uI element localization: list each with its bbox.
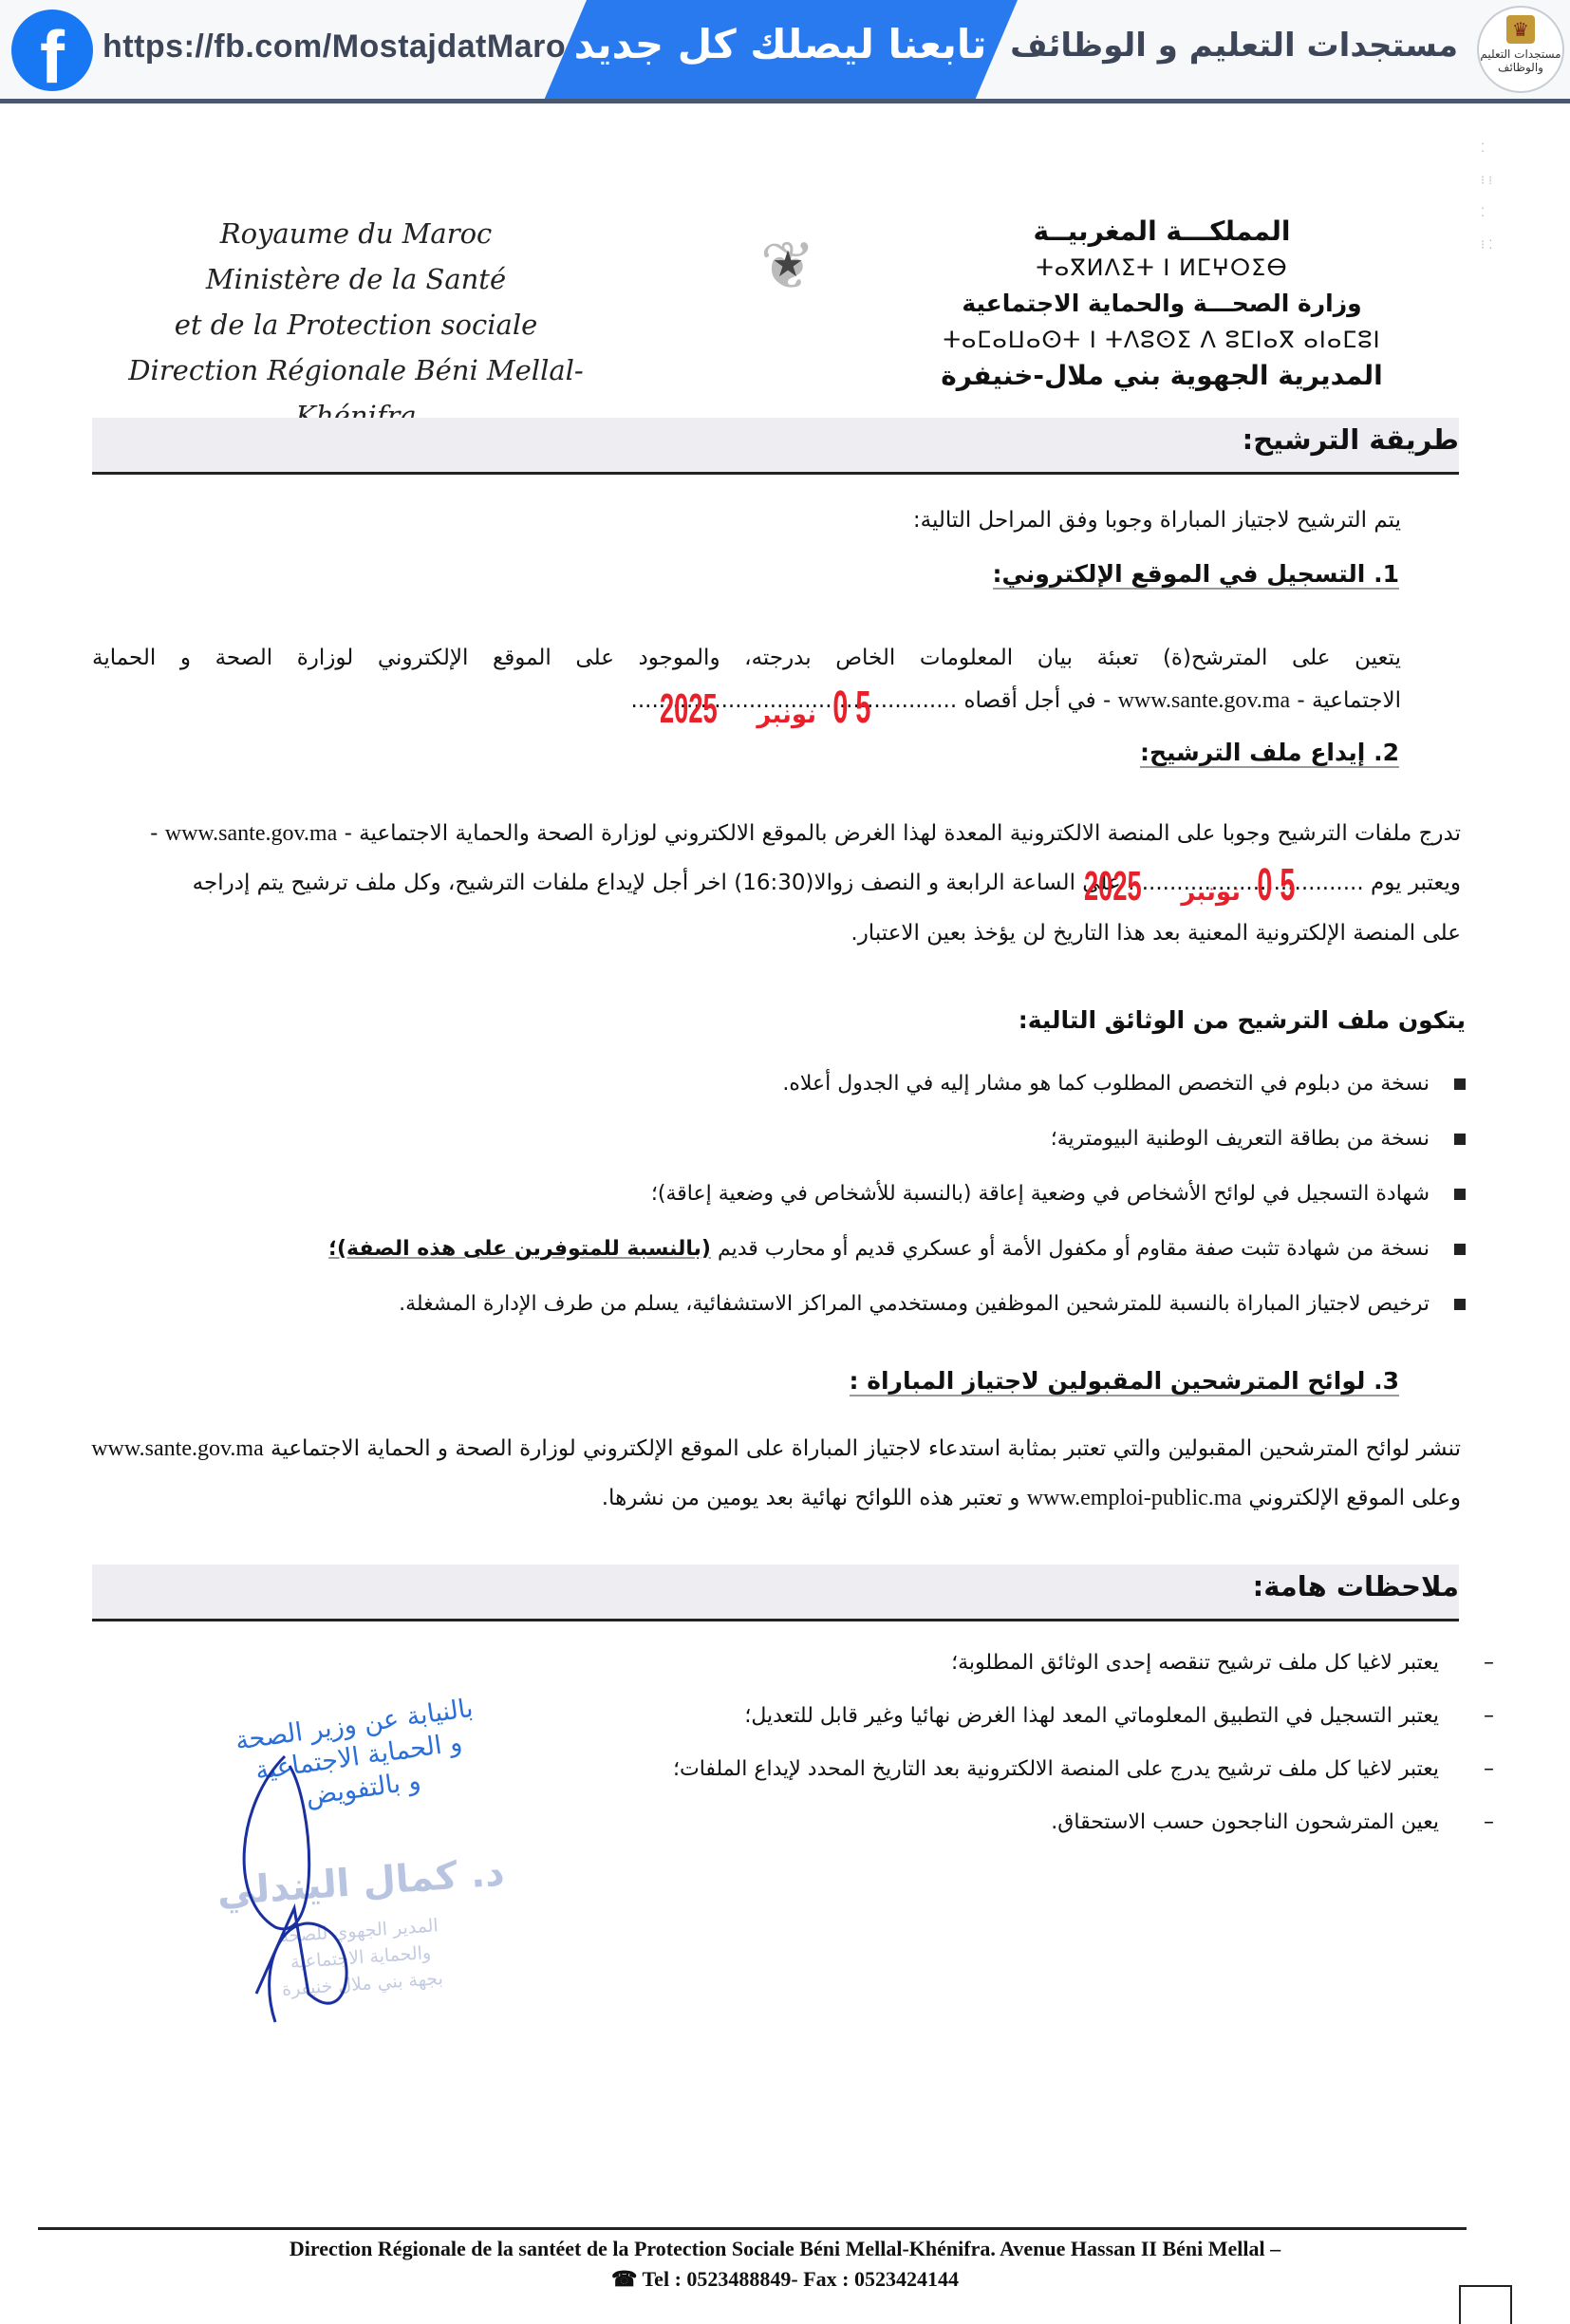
square-bullet-icon	[1454, 1244, 1466, 1255]
step2-text-b: -	[150, 821, 158, 846]
item-text: نسخة من دبلوم في التخصص المطلوب كما هو م…	[782, 1072, 1430, 1096]
sante-link[interactable]: www.sante.gov.ma	[165, 821, 338, 846]
promo-banner: f https://fb.com/MostajdatMaroc تابعنا ل…	[0, 0, 1570, 103]
square-bullet-icon	[1454, 1299, 1466, 1310]
deposit-date-stamp: 2025 نونبر 0 5	[1084, 859, 1308, 911]
crest-icon: ♛	[1506, 15, 1535, 44]
step3-text-b: وعلى الموقع الإلكتروني	[1248, 1486, 1461, 1510]
intro-text: يتم الترشيح لاجتياز المباراة وجوبا وفق ا…	[913, 494, 1401, 547]
follow-us-text: تابعنا ليصلك كل جديد	[543, 21, 1018, 67]
footer-contact: ☎ Tel : 0523488849- Fax : 0523424144	[0, 2267, 1570, 2292]
handwritten-signature-icon	[218, 1747, 380, 2032]
step2-heading: 2. إيداع ملف الترشيح:	[1140, 739, 1399, 766]
step1-heading: 1. التسجيل في الموقع الإلكتروني:	[993, 560, 1399, 588]
step2-deadline-text: على الساعة الرابعة و النصف زوالا(16:30) …	[193, 871, 1121, 895]
dash-bullet-icon: –	[1473, 1743, 1494, 1796]
section-header-notes: ملاحظات هامة:	[92, 1565, 1459, 1621]
item-text: يعتبر لاغيا كل ملف ترشيح يدرج على المنصة…	[673, 1757, 1439, 1781]
step3-line1: تنشر لوائح المترشحين المقبولين والتي تعت…	[91, 1422, 1461, 1475]
facebook-icon[interactable]: f	[11, 9, 93, 91]
list-item: نسخة من بطاقة التعريف الوطنية البيومترية…	[328, 1115, 1466, 1170]
item-text: يعتبر التسجيل في التطبيق المعلوماتي المع…	[744, 1704, 1439, 1728]
stamp-day: 0 5	[833, 682, 871, 734]
item-text: نسخة من بطاقة التعريف الوطنية البيومترية…	[1051, 1127, 1430, 1151]
documents-list: نسخة من دبلوم في التخصص المطلوب كما هو م…	[328, 1059, 1466, 1335]
list-item: –يعتبر التسجيل في التطبيق المعلوماتي الم…	[673, 1690, 1494, 1743]
sante-link[interactable]: www.sante.gov.ma	[1118, 688, 1291, 713]
list-item: نسخة من شهادة تثبت صفة مقاوم أو مكفول ال…	[328, 1225, 1466, 1280]
ministry-tifinagh: ⵜⴰⵎⴰⵡⴰⵙⵜ ⵏ ⵜⴷⵓⵙⵉ ⴷ ⵓⵎⵏⴰⴳ ⴰⵏⴰⵎⵓⵏ	[915, 322, 1409, 358]
stamp-month: نونبر	[1181, 878, 1241, 907]
step2-line1: تدرج ملفات الترشيح وجوبا على المنصة الال…	[150, 807, 1461, 860]
item-text: ترخيص لاجتياز المباراة بالنسبة للمترشحين…	[399, 1292, 1430, 1316]
item-text: نسخة من شهادة تثبت صفة مقاوم أو مكفول ال…	[711, 1237, 1430, 1261]
section-title: طريقة الترشيح:	[1243, 423, 1459, 456]
step1-title: 1. التسجيل في الموقع الإلكتروني:	[993, 560, 1399, 590]
item-text: يعتبر لاغيا كل ملف ترشيح تنقصه إحدى الوث…	[951, 1651, 1439, 1675]
step3-text-a: تنشر لوائح المترشحين المقبولين والتي تعت…	[271, 1436, 1461, 1461]
step3-line2: وعلى الموقع الإلكتروني www.emploi-public…	[602, 1471, 1461, 1525]
footer-divider	[38, 2227, 1467, 2230]
kingdom-tifinagh: ⵜⴰⴳⵍⴷⵉⵜ ⵏ ⵍⵎⵖⵔⵉⴱ	[915, 250, 1409, 286]
step1-text-a: الاجتماعية -	[1297, 688, 1401, 713]
stamp-day: 0 5	[1258, 859, 1296, 911]
square-bullet-icon	[1454, 1078, 1466, 1090]
step3-title: 3. لوائح المترشحين المقبولين لاجتياز الم…	[850, 1367, 1399, 1396]
documents-heading: يتكون ملف الترشيح من الوثائق التالية:	[1019, 1006, 1466, 1034]
list-item: –يعتبر لاغيا كل ملف ترشيح يدرج على المنص…	[673, 1743, 1494, 1796]
letterhead-french: Royaume du Maroc Ministère de la Santé e…	[104, 211, 607, 439]
margin-scan-marks: ⁚⁝ ⁞⁚⁝ ⁚	[1481, 133, 1557, 266]
letterhead-arabic: المملكـــة المغربيــة ⵜⴰⴳⵍⴷⵉⵜ ⵏ ⵍⵎⵖⵔⵉⴱ و…	[915, 214, 1409, 394]
page-corner-box	[1459, 2285, 1512, 2324]
dash-bullet-icon: –	[1473, 1637, 1494, 1690]
kingdom-fr: Royaume du Maroc	[104, 211, 607, 256]
ministry-fr-2: et de la Protection sociale	[104, 302, 607, 347]
site-name: مستجدات التعليم و الوظائف	[1010, 27, 1458, 65]
star-icon: ★	[702, 245, 873, 283]
step2-line3: على المنصة الإلكترونية المعنية بعد هذا ا…	[850, 907, 1461, 960]
kingdom-ar: المملكـــة المغربيــة	[915, 214, 1409, 250]
contact-text: Tel : 0523488849- Fax : 0523424144	[643, 2267, 959, 2291]
stamp-year: 2025	[1084, 863, 1142, 910]
ministry-ar: وزارة الصحـــة والحماية الاجتماعية	[915, 286, 1409, 322]
list-item: –يعين المترشحون الناجحون حسب الاستحقاق.	[673, 1796, 1494, 1849]
stamp-month: نونبر	[757, 701, 816, 729]
facebook-url-link[interactable]: https://fb.com/MostajdatMaroc	[103, 28, 585, 66]
item-text: يعين المترشحون الناجحون حسب الاستحقاق.	[1051, 1810, 1439, 1834]
stamp-year: 2025	[660, 685, 718, 733]
section-title: ملاحظات هامة:	[1253, 1570, 1459, 1602]
direction-ar: المديرية الجهوية بني ملال-خنيفرة	[915, 358, 1409, 394]
step3-text-c: و تعتبر هذه اللوائح نهائية بعد يومين من …	[602, 1486, 1020, 1510]
list-item: –يعتبر لاغيا كل ملف ترشيح تنقصه إحدى الو…	[673, 1637, 1494, 1690]
ministry-fr: Ministère de la Santé	[104, 256, 607, 302]
list-item: شهادة التسجيل في لوائح الأشخاص في وضعية …	[328, 1170, 1466, 1225]
step3-heading: 3. لوائح المترشحين المقبولين لاجتياز الم…	[850, 1367, 1399, 1395]
step2-text-a: تدرج ملفات الترشيح وجوبا على المنصة الال…	[345, 821, 1461, 846]
square-bullet-icon	[1454, 1189, 1466, 1200]
footer-address: Direction Régionale de la santéet de la …	[0, 2237, 1570, 2261]
follow-us-banner[interactable]: تابعنا ليصلك كل جديد	[543, 0, 1018, 103]
telephone-icon: ☎	[611, 2267, 637, 2291]
site-logo-text: مستجدات التعليم والوظائف	[1480, 47, 1561, 74]
list-item: نسخة من دبلوم في التخصص المطلوب كما هو م…	[328, 1059, 1466, 1115]
list-item: ترخيص لاجتياز المباراة بالنسبة للمترشحين…	[328, 1280, 1466, 1335]
dash-bullet-icon: –	[1473, 1796, 1494, 1849]
emploi-public-link[interactable]: www.emploi-public.ma	[1027, 1486, 1242, 1510]
banner-divider	[0, 99, 1570, 103]
deadline-date-stamp: 2025 نونبر 0 5	[660, 682, 884, 734]
dash-bullet-icon: –	[1473, 1690, 1494, 1743]
square-bullet-icon	[1454, 1134, 1466, 1145]
item-bold-text: (بالنسبة للمتوفرين على هذه الصفة)؛	[328, 1237, 711, 1261]
section-header-application: طريقة الترشيح:	[92, 418, 1459, 475]
site-logo: ♛ مستجدات التعليم والوظائف	[1477, 6, 1564, 93]
sante-link[interactable]: www.sante.gov.ma	[91, 1436, 264, 1461]
royal-emblem-icon: ❦★	[702, 199, 873, 337]
notes-list: –يعتبر لاغيا كل ملف ترشيح تنقصه إحدى الو…	[673, 1637, 1494, 1849]
step2-title: 2. إيداع ملف الترشيح:	[1140, 739, 1399, 768]
item-text: شهادة التسجيل في لوائح الأشخاص في وضعية …	[651, 1182, 1430, 1206]
